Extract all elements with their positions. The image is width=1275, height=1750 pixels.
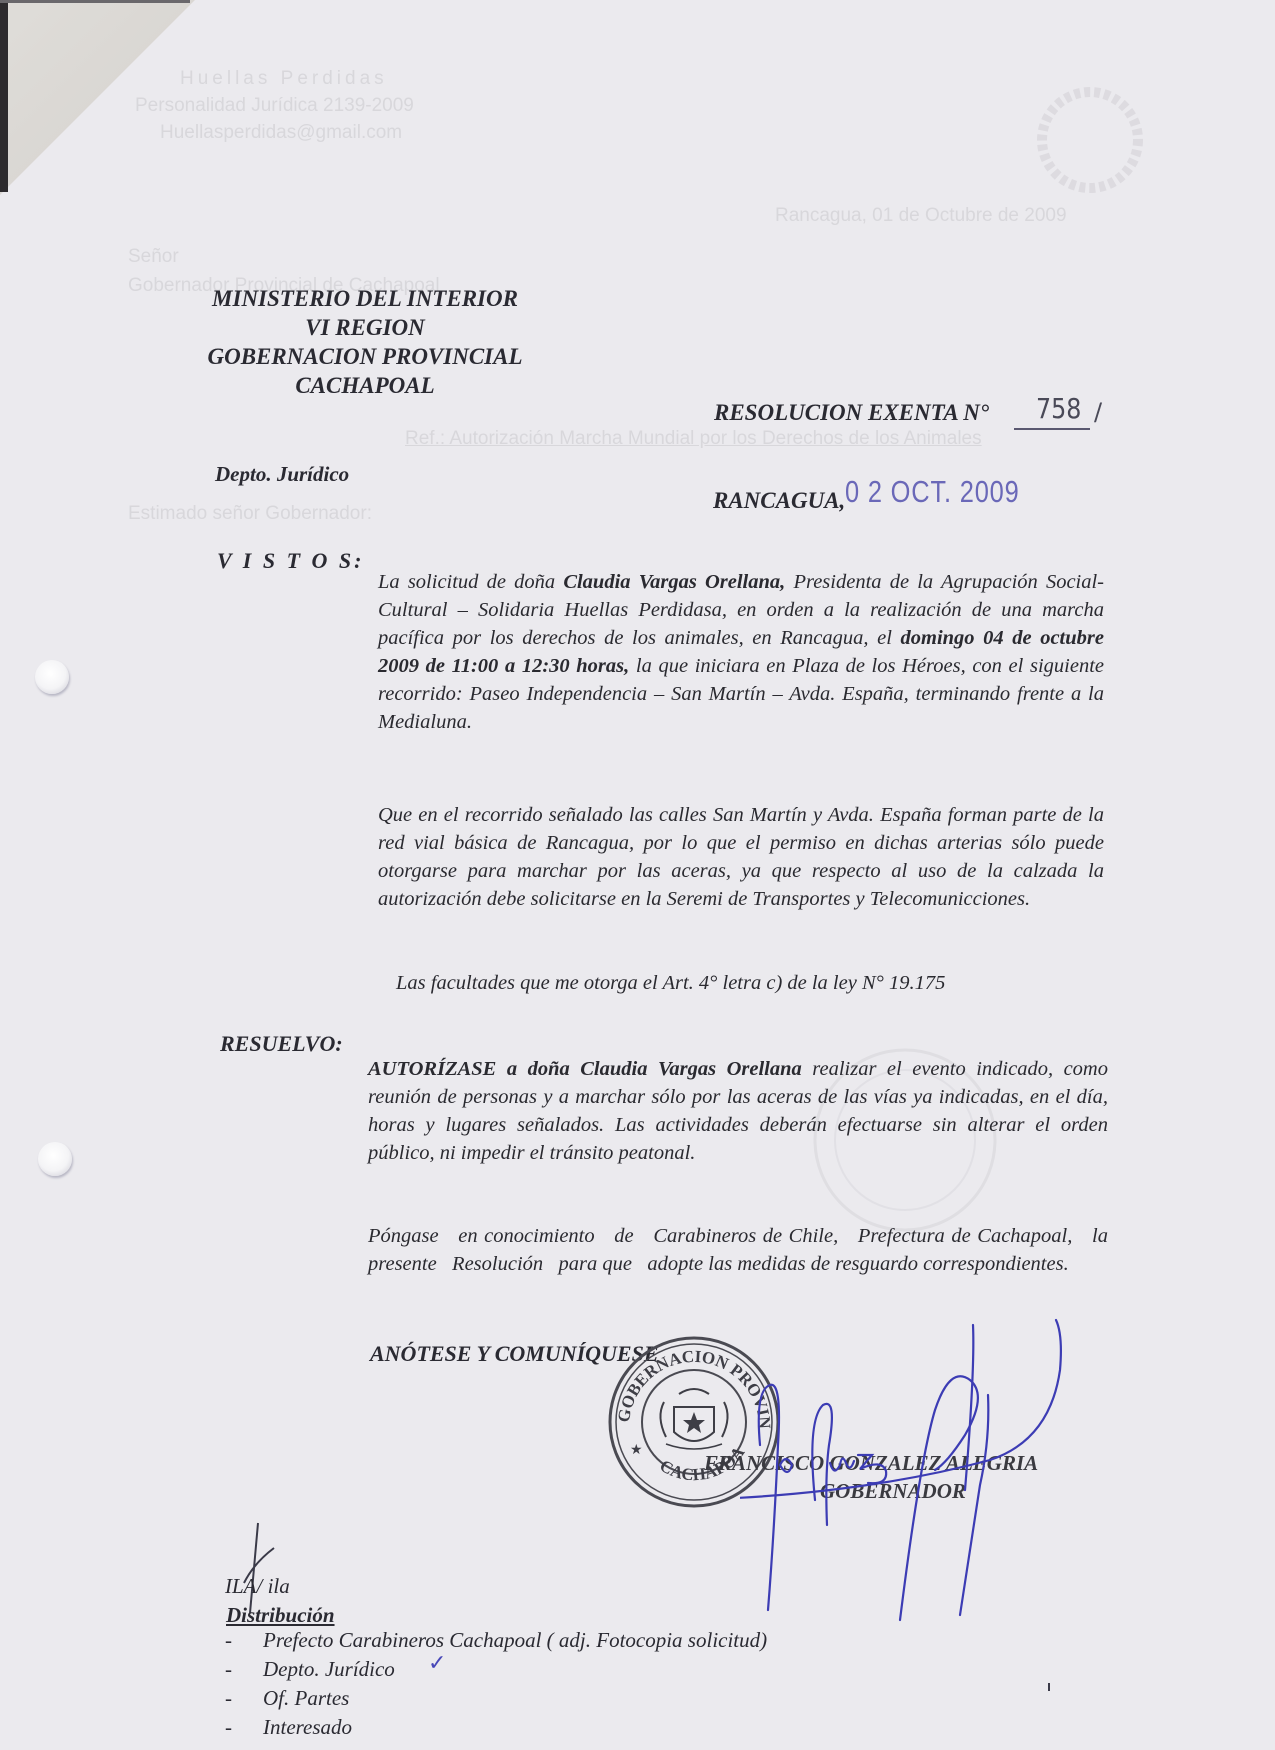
header-gobernacion: GOBERNACION PROVINCIAL — [170, 342, 560, 371]
header-province: CACHAPOAL — [185, 371, 545, 400]
distribution-item: Interesado — [225, 1713, 767, 1742]
resolution-label: RESOLUCION EXENTA N° — [714, 400, 989, 426]
svg-text:★: ★ — [630, 1443, 643, 1458]
department-label: Depto. Jurídico — [215, 462, 349, 487]
vistos-paragraph-2: Que en el recorrido señalado las calles … — [378, 801, 1104, 913]
distribution-item: Prefecto Carabineros Cachapoal ( adj. Fo… — [225, 1626, 767, 1655]
resuelvo-paragraph-1: AUTORÍZASE a doña Claudia Vargas Orellan… — [368, 1055, 1108, 1167]
place-label: RANCAGUA, — [713, 488, 845, 514]
page-edge-shadow — [0, 0, 8, 192]
distribution-list: Prefecto Carabineros Cachapoal ( adj. Fo… — [225, 1626, 767, 1742]
bleed-through-text: Rancagua, 01 de Octubre de 2009 — [775, 205, 1067, 227]
bleed-through-text: Señor — [128, 246, 179, 268]
resolution-slash: / — [1094, 398, 1102, 426]
resuelvo-paragraph-2: Póngase en conocimiento de Carabineros d… — [368, 1222, 1108, 1278]
punch-hole — [35, 660, 69, 694]
ink-dot — [1048, 1683, 1050, 1691]
header-region: VI REGION — [185, 313, 545, 342]
initials: ILA/ ila — [225, 1574, 290, 1599]
distribution-heading: Distribución — [226, 1603, 335, 1628]
vistos-paragraph-3: Las facultades que me otorga el Art. 4° … — [396, 969, 1116, 997]
bleed-through-text: Huellas Perdidas — [180, 68, 388, 90]
page-top-edge — [0, 0, 190, 3]
vistos-heading: V I S T O S: — [217, 548, 364, 574]
handwritten-signature-icon — [740, 1315, 1100, 1625]
resuelvo-heading: RESUELVO: — [220, 1031, 343, 1057]
bleed-through-text: Ref.: Autorización Marcha Mundial por lo… — [405, 428, 982, 450]
vistos-paragraph-1: La solicitud de doña Claudia Vargas Orel… — [378, 568, 1104, 736]
checkmark-icon: ✓ — [428, 1650, 446, 1676]
punch-hole — [38, 1142, 72, 1176]
header-ministry: MINISTERIO DEL INTERIOR — [185, 284, 545, 313]
bleed-through-text: Personalidad Jurídica 2139-2009 — [135, 95, 414, 117]
scanned-page: Huellas Perdidas Personalidad Jurídica 2… — [0, 0, 1275, 1750]
resolution-number-underline — [1014, 428, 1090, 430]
date-stamp: 0 2 OCT. 2009 — [845, 474, 1020, 510]
applicant-name: Claudia Vargas Orellana, — [563, 571, 785, 593]
bleed-through-text: Estimado señor Gobernador: — [128, 503, 372, 525]
bleed-through-seal-icon — [1030, 80, 1150, 200]
resolution-number: 758 — [1036, 392, 1081, 425]
distribution-item: Of. Partes — [225, 1684, 767, 1713]
authorization-clause: AUTORÍZASE a doña Claudia Vargas Orellan… — [368, 1058, 802, 1080]
bleed-through-text: Huellasperdidas@gmail.com — [160, 122, 402, 144]
distribution-item: Depto. Jurídico — [225, 1655, 767, 1684]
